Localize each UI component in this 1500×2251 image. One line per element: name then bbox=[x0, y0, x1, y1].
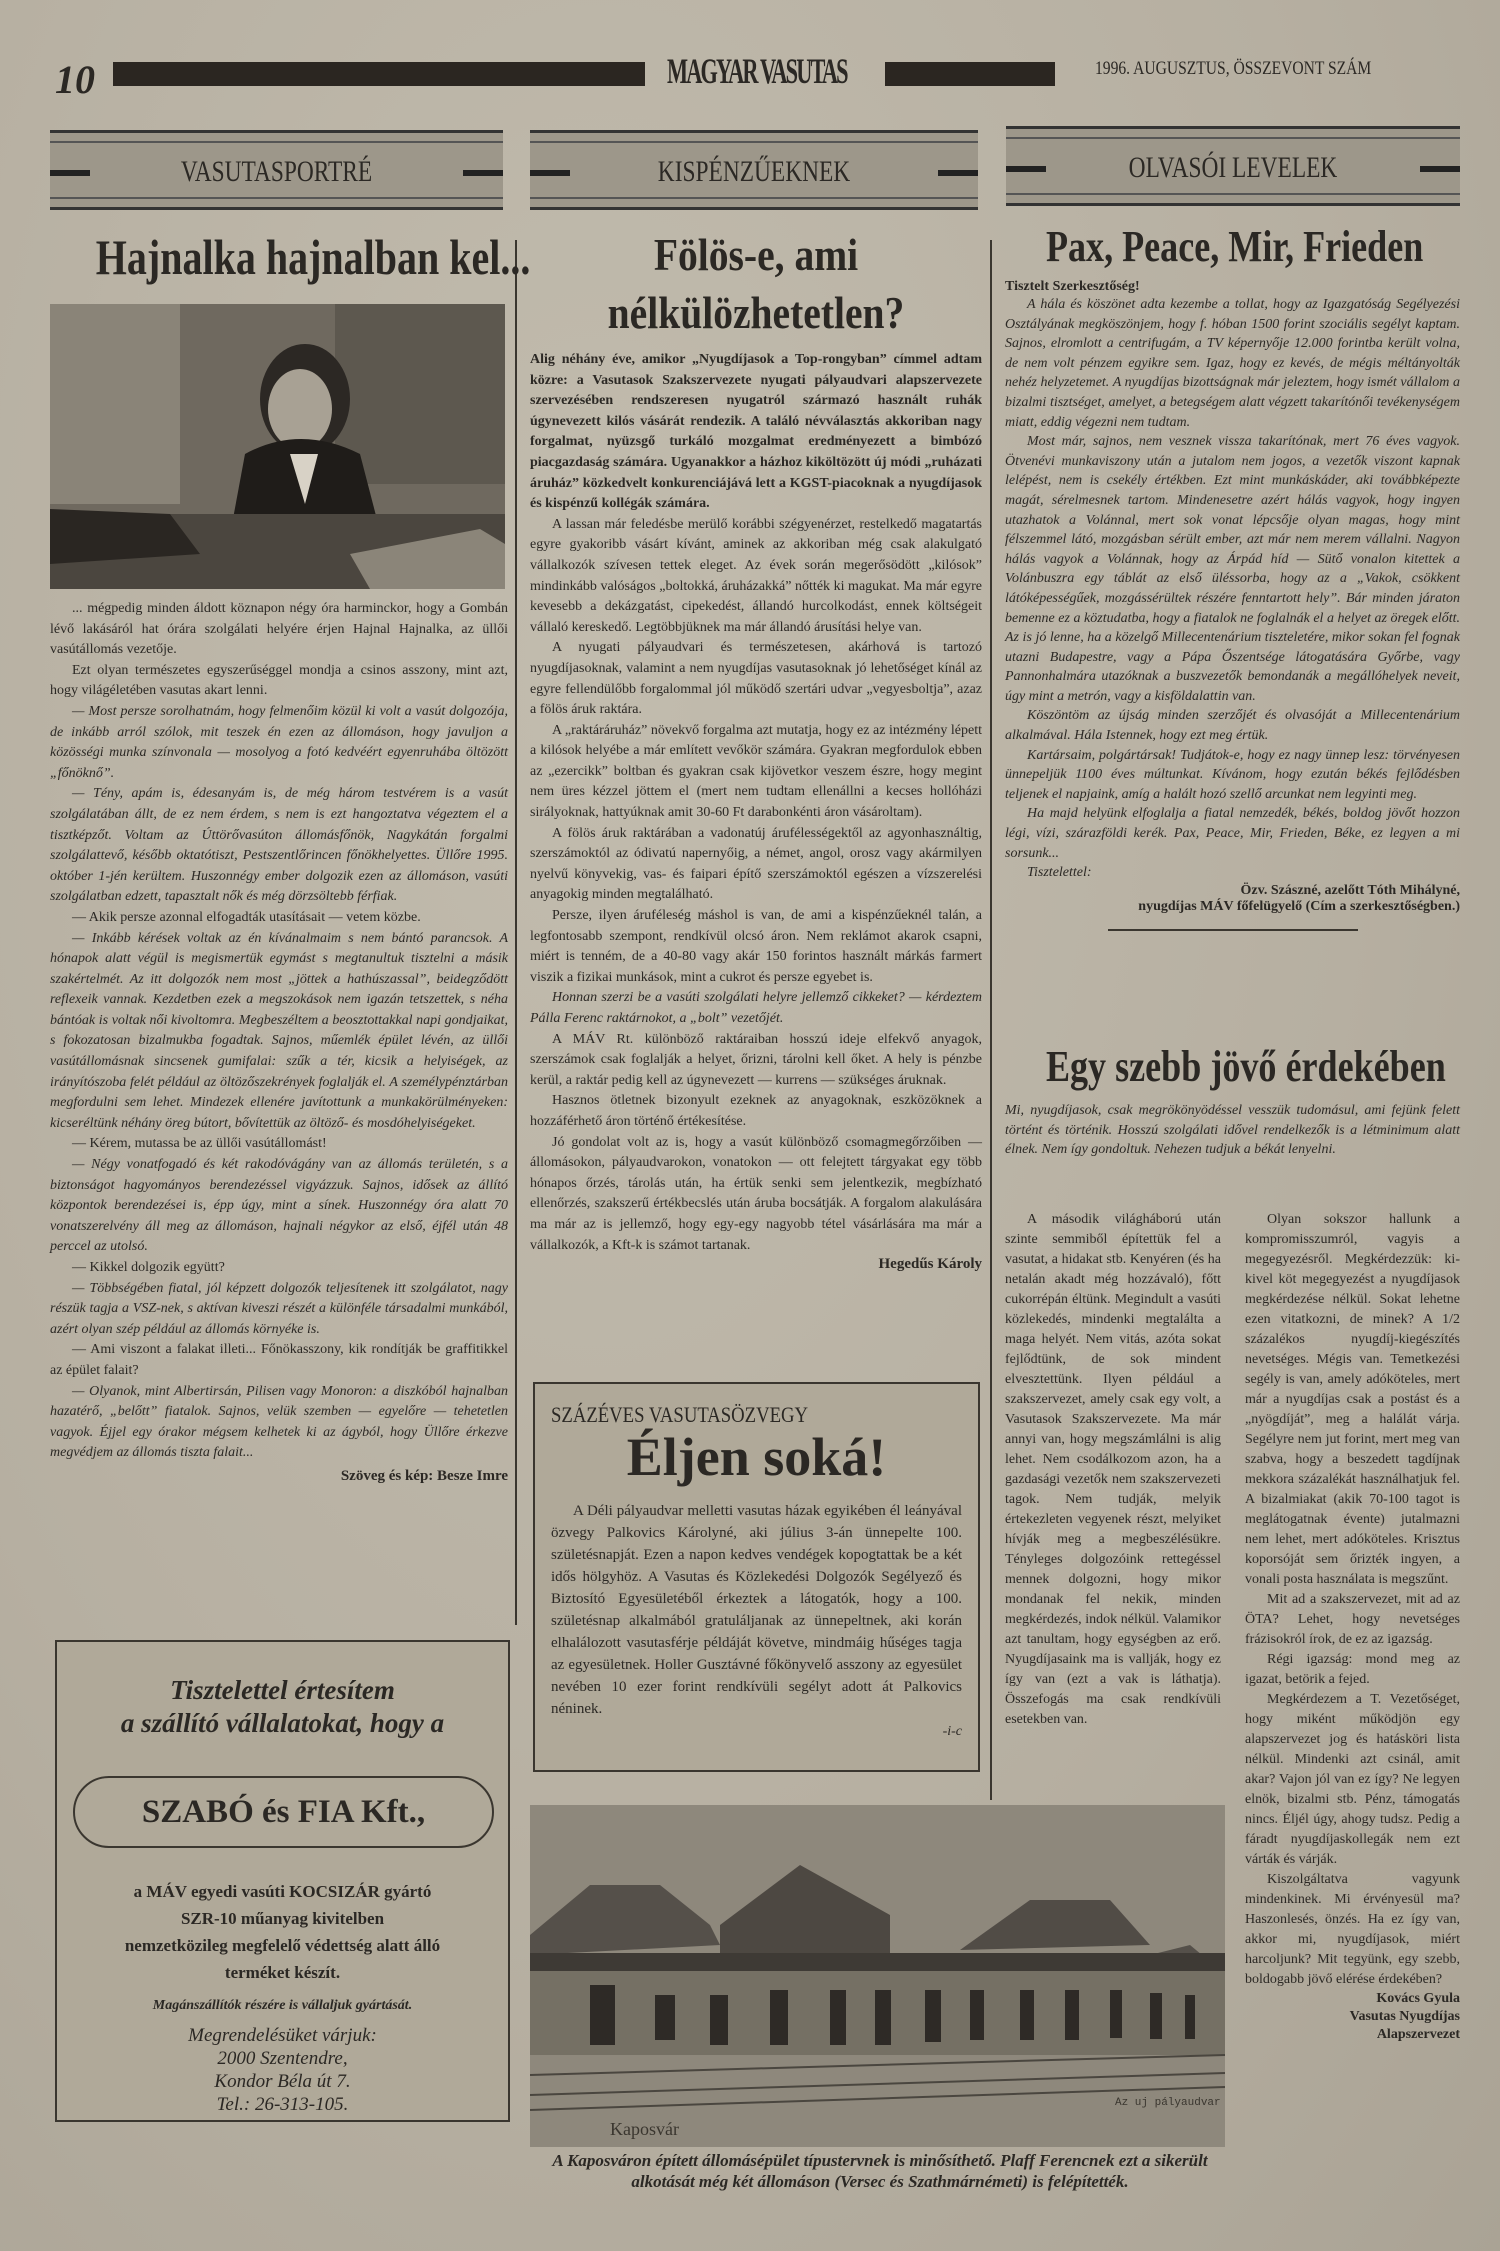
paragraph: — Olyanok, mint Albertirsán, Pilisen vag… bbox=[50, 1382, 508, 1464]
paragraph: A lassan már feledésbe merülő korábbi sz… bbox=[530, 515, 982, 639]
headline: Hajnalka hajnalban kel... bbox=[96, 232, 462, 282]
paragraph: A hála és köszönet adta kezembe a tollat… bbox=[1005, 295, 1460, 432]
banner-dash-left bbox=[530, 170, 570, 176]
paragraph: A nyugati pályaudvari és természetesen, … bbox=[530, 638, 982, 720]
paragraph: — Többségében fiatal, jól képzett dolgoz… bbox=[50, 1279, 508, 1341]
paragraph: — Ami viszont a falakat illeti... Főnöka… bbox=[50, 1340, 508, 1381]
paragraph: Most már, sajnos, nem vesznek vissza tak… bbox=[1005, 432, 1460, 706]
ad-intro-line: a szállító vállalatokat, hogy a bbox=[57, 1707, 508, 1740]
paragraph: A fölös áruk raktárában a vadonatúj áruf… bbox=[530, 824, 982, 906]
reader-letter: Pax, Peace, Mir, Frieden Tisztelt Szerke… bbox=[1005, 225, 1460, 931]
lead-paragraph: Mi, nyugdíjasok, csak megrökönyödéssel v… bbox=[1005, 1101, 1460, 1160]
ad-line: nemzetközileg megfelelő védettség alatt … bbox=[57, 1932, 508, 1959]
paragraph: Régi igazság: mond meg az igazat, betöri… bbox=[1245, 1650, 1460, 1690]
masthead-rule-left bbox=[113, 62, 645, 86]
banner-dash-left bbox=[1006, 166, 1046, 172]
article3-col2: Olyan sokszor hallunk a kompromisszumról… bbox=[1245, 1210, 1460, 2044]
issue-date: 1996. AUGUSZTUS, ÖSSZEVONT SZÁM bbox=[1095, 58, 1371, 80]
section-banner-vasutasportre: VASUTASPORTRÉ bbox=[50, 130, 503, 210]
portrait-photo bbox=[50, 304, 505, 589]
letter-body: A hála és köszönet adta kezembe a tollat… bbox=[1005, 295, 1460, 883]
signature-line-2: nyugdíjas MÁV főfelügyelő (Cím a szerkes… bbox=[1005, 899, 1460, 915]
salutation: Tisztelt Szerkesztőség! bbox=[1005, 279, 1460, 295]
section-banner-kispenzueknek: KISPÉNZŰEKNEK bbox=[530, 130, 978, 210]
byline: Szöveg és kép: Besze Imre bbox=[50, 1468, 508, 1485]
column-body: A második világháború után szinte semmib… bbox=[1005, 1210, 1221, 1730]
lead-paragraph: Alig néhány éve, amikor „Nyugdíjasok a T… bbox=[530, 350, 982, 515]
paragraph: — Kikkel dolgozik együtt? bbox=[50, 1258, 508, 1279]
ad-contact-line: Kondor Béla út 7. bbox=[57, 2070, 508, 2093]
section-label: VASUTASPORTRÉ bbox=[100, 155, 453, 189]
publication-title: MAGYAR VASUTAS bbox=[667, 50, 847, 92]
section-label: KISPÉNZŰEKNEK bbox=[579, 155, 928, 189]
story-body: A Déli pályaudvar melletti vasutas házak… bbox=[551, 1500, 962, 1720]
paragraph: — Négy vonatfogadó és két rakodóvágány v… bbox=[50, 1155, 508, 1258]
signature-line: Alapszervezet bbox=[1245, 2026, 1460, 2044]
newspaper-page: 10 MAGYAR VASUTAS 1996. AUGUSZTUS, ÖSSZE… bbox=[0, 0, 1500, 2251]
paragraph: Persze, ilyen áruféleség máshol is van, … bbox=[530, 906, 982, 988]
column-divider bbox=[990, 240, 992, 1800]
page-number: 10 bbox=[55, 56, 95, 103]
signature-line: Vasutas Nyugdíjas bbox=[1245, 2008, 1460, 2026]
ad-line: SZR-10 műanyag kivitelben bbox=[57, 1905, 508, 1932]
section-banner-olvasoi-levelek: OLVASÓI LEVELEK bbox=[1006, 126, 1460, 206]
paragraph: — Inkább kérések voltak az én kívánalmai… bbox=[50, 929, 508, 1135]
banner-dash-left bbox=[50, 170, 90, 176]
paragraph: Kartársaim, polgártársak! Tudjátok-e, ho… bbox=[1005, 746, 1460, 805]
ad-contact: Megrendelésüket várjuk: 2000 Szentendre,… bbox=[57, 2024, 508, 2116]
ad-line: a MÁV egyedi vasúti KOCSIZÁR gyártó bbox=[57, 1878, 508, 1905]
paragraph: Ha majd helyünk elfoglalja a fiatal nemz… bbox=[1005, 804, 1460, 863]
headline: Éljen soká! bbox=[551, 1430, 962, 1484]
kicker: SZÁZÉVES VASUTASÖZVEGY bbox=[551, 1402, 900, 1428]
station-photo: Kaposvár Az uj pályaudvar bbox=[530, 1805, 1225, 2147]
masthead-rule-right bbox=[885, 62, 1055, 86]
article-szebb-jovo: Egy szebb jövő érdekében Mi, nyugdíjasok… bbox=[1005, 1045, 1460, 1160]
paragraph: Honnan szerzi be a vasúti szolgálati hel… bbox=[530, 988, 982, 1029]
portrait-photo-graphic bbox=[50, 304, 505, 589]
ad-line: terméket készít. bbox=[57, 1959, 508, 1986]
divider bbox=[1108, 929, 1358, 931]
ad-contact-line: Megrendelésüket várjuk: bbox=[57, 2024, 508, 2047]
paragraph: Jó gondolat volt az is, hogy a vasút kül… bbox=[530, 1133, 982, 1257]
paragraph: — Kérem, mutassa be az üllői vasútállomá… bbox=[50, 1134, 508, 1155]
ad-description: a MÁV egyedi vasúti KOCSIZÁR gyártó SZR-… bbox=[57, 1878, 508, 1986]
paragraph: A MÁV Rt. különböző raktáraiban hosszú i… bbox=[530, 1030, 982, 1092]
ad-intro-line: Tisztelettel értesítem bbox=[57, 1674, 508, 1707]
banner-dash-right bbox=[938, 170, 978, 176]
station-photo-graphic: Kaposvár Az uj pályaudvar bbox=[530, 1805, 1225, 2147]
paragraph: Ezt olyan természetes egyszerűséggel mon… bbox=[50, 661, 508, 702]
headline-line-1: Fölös-e, ami bbox=[562, 232, 951, 278]
paragraph: Olyan sokszor hallunk a kompromisszumról… bbox=[1245, 1210, 1460, 1590]
company-name-pill: SZABÓ és FIA Kft., bbox=[73, 1776, 494, 1848]
photo-caption: A Kaposváron épített állomásépület típus… bbox=[540, 2150, 1220, 2192]
paragraph: Hasznos ötletnek bizonyult ezeknek az an… bbox=[530, 1091, 982, 1132]
paragraph: Köszöntöm az újság minden szerzőjét és o… bbox=[1005, 706, 1460, 745]
paragraph: — Most persze sorolhatnám, hogy felmenői… bbox=[50, 702, 508, 784]
banner-dash-right bbox=[463, 170, 503, 176]
column-divider bbox=[515, 240, 517, 1625]
masthead: 10 MAGYAR VASUTAS 1996. AUGUSZTUS, ÖSSZE… bbox=[55, 50, 1465, 100]
article-body: ... mégpedig minden áldott köznapon négy… bbox=[50, 599, 508, 1464]
paragraph: Tisztelettel: bbox=[1005, 863, 1460, 883]
headline-line-2: nélkülözhetetlen? bbox=[562, 290, 951, 336]
photo-label-left: Kaposvár bbox=[610, 2119, 679, 2139]
article-body: Alig néhány éve, amikor „Nyugdíjasok a T… bbox=[530, 350, 982, 1256]
company-name: SZABÓ és FIA Kft., bbox=[142, 1794, 425, 1830]
paragraph: — Akik persze azonnal elfogadták utasítá… bbox=[50, 908, 508, 929]
paragraph: A második világháború után szinte semmib… bbox=[1005, 1210, 1221, 1730]
paragraph: — Tény, apám is, édesanyám is, de még há… bbox=[50, 784, 508, 908]
headline: Egy szebb jövő érdekében bbox=[1046, 1045, 1419, 1089]
advertisement-szabo: Tisztelettel értesítem a szállító vállal… bbox=[55, 1640, 510, 2122]
banner-dash-right bbox=[1420, 166, 1460, 172]
ad-intro: Tisztelettel értesítem a szállító vállal… bbox=[57, 1674, 508, 1740]
signature-line: Kovács Gyula bbox=[1245, 1990, 1460, 2008]
lead: Mi, nyugdíjasok, csak megrökönyödéssel v… bbox=[1005, 1101, 1460, 1160]
article-hajnalka: Hajnalka hajnalban kel... ... mégpedig m… bbox=[50, 232, 508, 1485]
paragraph: Megkérdezem a T. Vezetőséget, hogy mikén… bbox=[1245, 1690, 1460, 1870]
paragraph: A Déli pályaudvar melletti vasutas házak… bbox=[551, 1500, 962, 1720]
paragraph: A „raktáráruház” növekvő forgalma azt mu… bbox=[530, 721, 982, 824]
boxed-story-eljen-soka: SZÁZÉVES VASUTASÖZVEGY Éljen soká! A Dél… bbox=[533, 1382, 980, 1772]
signature-line-1: Özv. Szászné, azelőtt Tóth Mihályné, bbox=[1005, 883, 1460, 899]
ad-contact-line: Tel.: 26-313-105. bbox=[57, 2093, 508, 2116]
article-folos: Fölös-e, ami nélkülözhetetlen? Alig néhá… bbox=[530, 232, 982, 1273]
paragraph: Kiszolgáltatva vagyunk mindenkinek. Mi é… bbox=[1245, 1870, 1460, 1990]
headline: Pax, Peace, Mir, Frieden bbox=[1046, 225, 1419, 269]
byline: Hegedűs Károly bbox=[530, 1256, 982, 1273]
paragraph: ... mégpedig minden áldott köznapon négy… bbox=[50, 599, 508, 661]
paragraph: Mit ad a szakszervezet, mit ad az ÖTA? L… bbox=[1245, 1590, 1460, 1650]
article3-col1: A második világháború után szinte semmib… bbox=[1005, 1210, 1221, 1730]
column-body: Olyan sokszor hallunk a kompromisszumról… bbox=[1245, 1210, 1460, 1990]
photo-label-right: Az uj pályaudvar bbox=[1115, 2097, 1221, 2109]
ad-contact-line: 2000 Szentendre, bbox=[57, 2047, 508, 2070]
section-label: OLVASÓI LEVELEK bbox=[1056, 151, 1410, 185]
signature: -i-c bbox=[551, 1724, 962, 1740]
ad-note: Magánszállítók részére is vállaljuk gyár… bbox=[57, 1998, 508, 2014]
